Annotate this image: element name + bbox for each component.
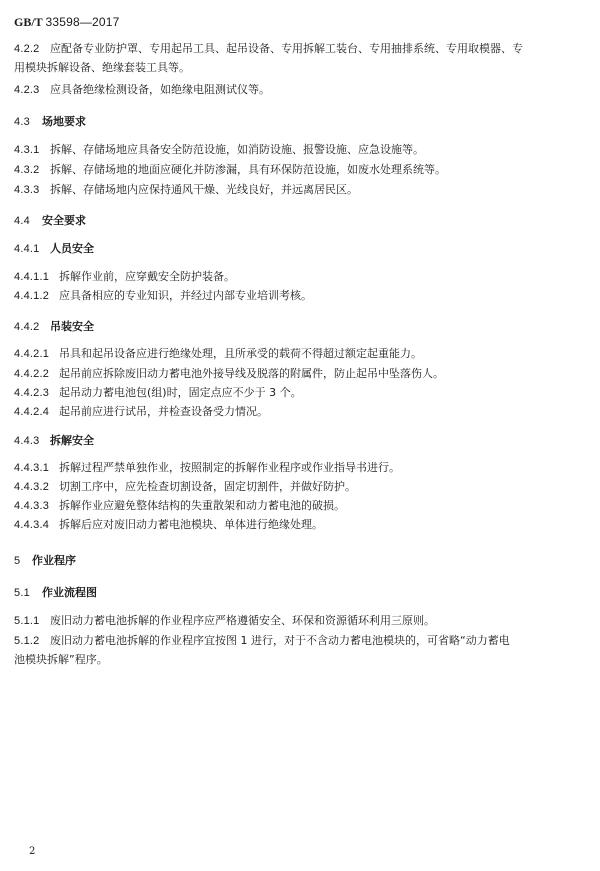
clause-number: 4.2.3: [14, 83, 50, 97]
clause-4-2-2: 4.2.2应配备专业防护罩、专用起吊工具、起吊设备、专用拆解工装台、专用抽排系统…: [14, 42, 523, 56]
page-number: 2: [29, 846, 35, 857]
clause-4-4-3-4: 4.4.3.4拆解后应对废旧动力蓄电池模块、单体进行绝缘处理。: [14, 518, 323, 532]
clause-5-1-2-continuation: 池模块拆解”程序。: [14, 653, 108, 667]
clause-number: 4.4.3.1: [14, 461, 59, 475]
heading-4-4-1: 4.4.1人员安全: [14, 240, 94, 256]
heading-4-4-3: 4.4.3拆解安全: [14, 432, 94, 448]
clause-4-3-3: 4.3.3拆解、存储场地内应保持通风干燥、光线良好，并远离居民区。: [14, 183, 358, 197]
heading-title: 安全要求: [42, 214, 86, 227]
clause-number: 4.4.2.2: [14, 367, 59, 381]
clause-4-4-3-3: 4.4.3.3拆解作业应避免整体结构的失重散架和动力蓄电池的破损。: [14, 499, 345, 513]
clause-number: 4.4.1.1: [14, 270, 59, 284]
clause-4-4-1-1: 4.4.1.1拆解作业前，应穿戴安全防护装备。: [14, 270, 235, 284]
clause-text: 拆解作业应避免整体结构的失重散架和动力蓄电池的破损。: [59, 499, 345, 512]
clause-number: 4.4.2.3: [14, 386, 59, 400]
clause-text: 应具备绝缘检测设备，如绝缘电阻测试仪等。: [50, 83, 270, 96]
clause-4-4-3-2: 4.4.3.2切割工序中，应先检查切割设备，固定切割件，并做好防护。: [14, 480, 356, 494]
clause-text: 废旧动力蓄电池拆解的作业程序应严格遵循安全、环保和资源循环利用三原则。: [50, 614, 435, 627]
clause-4-3-1: 4.3.1拆解、存储场地应具备安全防范设施，如消防设施、报警设施、应急设施等。: [14, 143, 424, 157]
heading-title: 作业程序: [32, 554, 76, 567]
clause-number: 4.4.2.1: [14, 347, 59, 361]
heading-number: 4.4.2: [14, 321, 50, 333]
clause-5-1-2: 5.1.2废旧动力蓄电池拆解的作业程序宜按图 1 进行，对于不含动力蓄电池模块的…: [14, 634, 510, 648]
clause-4-2-3: 4.2.3应具备绝缘检测设备，如绝缘电阻测试仪等。: [14, 83, 270, 97]
clause-number: 4.3.2: [14, 163, 50, 177]
clause-4-4-2-3: 4.4.2.3起吊动力蓄电池包(组)时，固定点应不少于 3 个。: [14, 386, 302, 400]
clause-4-4-2-4: 4.4.2.4起吊前应进行试吊，并检查设备受力情况。: [14, 405, 268, 419]
clause-text: 拆解、存储场地的地面应硬化并防渗漏，具有环保防范设施，如废水处理系统等。: [50, 163, 446, 176]
clause-text: 拆解作业前，应穿戴安全防护装备。: [59, 270, 235, 283]
clause-number: 5.1.2: [14, 634, 50, 648]
heading-number: 4.4.3: [14, 435, 50, 447]
heading-number: 5.1: [14, 587, 42, 599]
clause-text: 起吊前应进行试吊，并检查设备受力情况。: [59, 405, 268, 418]
heading-5-1: 5.1作业流程图: [14, 584, 97, 600]
heading-4-3: 4.3场地要求: [14, 113, 86, 129]
heading-title: 人员安全: [50, 242, 94, 255]
standard-prefix: GB/T: [14, 15, 42, 29]
clause-4-2-2-continuation: 用模块拆解设备、绝缘套装工具等。: [14, 61, 190, 75]
clause-text: 起吊动力蓄电池包(组)时，固定点应不少于 3 个。: [59, 386, 302, 399]
clause-4-3-2: 4.3.2拆解、存储场地的地面应硬化并防渗漏，具有环保防范设施，如废水处理系统等…: [14, 163, 446, 177]
heading-number: 4.3: [14, 116, 42, 128]
clause-text: 切割工序中，应先检查切割设备，固定切割件，并做好防护。: [59, 480, 356, 493]
heading-number: 4.4.1: [14, 243, 50, 255]
clause-number: 4.2.2: [14, 42, 50, 56]
clause-number: 4.4.2.4: [14, 405, 59, 419]
heading-4-4-2: 4.4.2吊装安全: [14, 318, 94, 334]
heading-title: 吊装安全: [50, 320, 94, 333]
clause-number: 4.3.3: [14, 183, 50, 197]
clause-text: 拆解后应对废旧动力蓄电池模块、单体进行绝缘处理。: [59, 518, 323, 531]
clause-text: 废旧动力蓄电池拆解的作业程序宜按图 1 进行，对于不含动力蓄电池模块的，可省略“…: [50, 634, 510, 647]
clause-4-4-1-2: 4.4.1.2应具备相应的专业知识，并经过内部专业培训考核。: [14, 289, 312, 303]
clause-text: 应配备专业防护罩、专用起吊工具、起吊设备、专用拆解工装台、专用抽排系统、专用取模…: [50, 42, 523, 55]
clause-5-1-1: 5.1.1废旧动力蓄电池拆解的作业程序应严格遵循安全、环保和资源循环利用三原则。: [14, 614, 435, 628]
clause-4-4-2-2: 4.4.2.2起吊前应拆除废旧动力蓄电池外接导线及脱落的附属件，防止起吊中坠落伤…: [14, 367, 444, 381]
clause-text: 吊具和起吊设备应进行绝缘处理，且所承受的载荷不得超过额定起重能力。: [59, 347, 422, 360]
standard-header: GB/T 33598—2017: [14, 15, 120, 30]
clause-number: 4.4.1.2: [14, 289, 59, 303]
heading-title: 场地要求: [42, 115, 86, 128]
heading-number: 5: [14, 555, 32, 567]
clause-text: 应具备相应的专业知识，并经过内部专业培训考核。: [59, 289, 312, 302]
clause-4-4-2-1: 4.4.2.1吊具和起吊设备应进行绝缘处理，且所承受的载荷不得超过额定起重能力。: [14, 347, 422, 361]
clause-number: 4.4.3.2: [14, 480, 59, 494]
clause-text: 起吊前应拆除废旧动力蓄电池外接导线及脱落的附属件，防止起吊中坠落伤人。: [59, 367, 444, 380]
clause-text: 拆解过程严禁单独作业，按照制定的拆解作业程序或作业指导书进行。: [59, 461, 400, 474]
clause-number: 5.1.1: [14, 614, 50, 628]
clause-4-4-3-1: 4.4.3.1拆解过程严禁单独作业，按照制定的拆解作业程序或作业指导书进行。: [14, 461, 400, 475]
standard-code: 33598—2017: [45, 15, 119, 29]
clause-number: 4.4.3.4: [14, 518, 59, 532]
heading-title: 作业流程图: [42, 586, 97, 599]
clause-number: 4.4.3.3: [14, 499, 59, 513]
heading-title: 拆解安全: [50, 434, 94, 447]
clause-text: 拆解、存储场地内应保持通风干燥、光线良好，并远离居民区。: [50, 183, 358, 196]
heading-number: 4.4: [14, 215, 42, 227]
heading-4-4: 4.4安全要求: [14, 212, 86, 228]
clause-text: 拆解、存储场地应具备安全防范设施，如消防设施、报警设施、应急设施等。: [50, 143, 424, 156]
heading-5: 5作业程序: [14, 552, 76, 568]
clause-number: 4.3.1: [14, 143, 50, 157]
